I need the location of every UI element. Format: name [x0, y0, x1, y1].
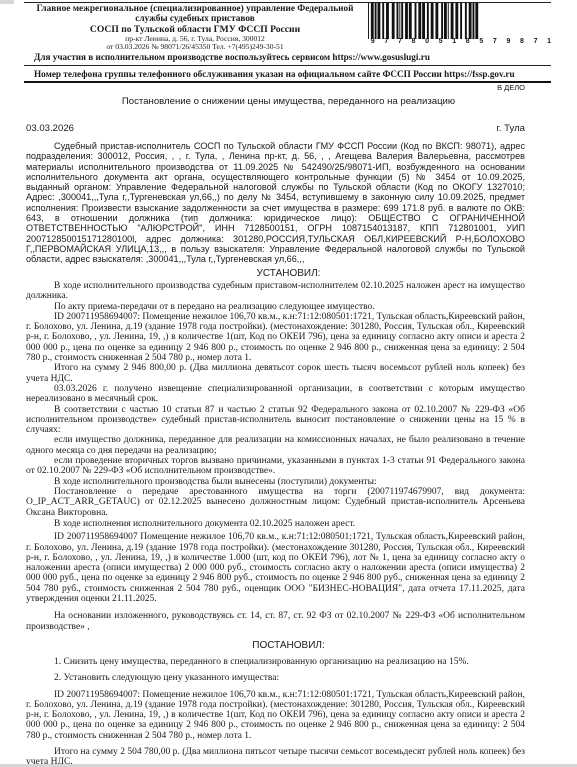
established-paragraph: Постановление о передаче арестованного и… — [26, 487, 525, 518]
header-organization: Главное межрегиональное (специализирован… — [30, 4, 360, 35]
established-paragraph: По акту приема-передачи от в передано на… — [26, 302, 525, 312]
established-heading: УСТАНОВИЛ: — [0, 268, 577, 279]
barcode-digit: 7 — [493, 38, 497, 45]
gosuslugi-notice: Для участия в исполнительном производств… — [34, 52, 430, 62]
document-title: Постановление о снижении цены имущества,… — [0, 96, 577, 107]
established-paragraph: Итого на сумму 2 946 800,00 р. (Два милл… — [26, 363, 525, 384]
arrest-section: В ходе исполнения исполнительного докуме… — [26, 519, 525, 632]
header-registration: от 03.03.2026 № 98071/26/45350 Тел. +7(4… — [30, 43, 360, 51]
barcode-digit: 9 — [371, 38, 375, 45]
resolved-item: 1. Снизить цену имущества, переданного в… — [26, 657, 525, 667]
barcode-digit: 0 — [425, 38, 429, 45]
file-mark: В ДЕЛО — [497, 83, 525, 92]
barcode-digit: 7 — [398, 38, 402, 45]
established-paragraph: В ходе исполнительного производства суде… — [26, 281, 525, 302]
arrest-paragraph: ID 200711958694007 Помещение нежилое 106… — [26, 532, 525, 604]
barcode-digit: 5 — [439, 38, 443, 45]
org-line-1: Главное межрегиональное (специализирован… — [30, 4, 360, 14]
document-date: 03.03.2026 — [26, 123, 74, 134]
page-corner — [0, 0, 14, 4]
established-section: В ходе исполнительного производства суде… — [26, 281, 525, 518]
established-paragraph: ID 200711958694007: Помещение нежилое 10… — [26, 312, 525, 363]
established-paragraph: В ходе исполнительного производства были… — [26, 477, 525, 487]
resolved-item: 2. Установить следующую цену указанного … — [26, 673, 525, 683]
barcode-digit: 8 — [466, 38, 470, 45]
intro-paragraph: Судебный пристав-исполнитель СОСП по Тул… — [26, 141, 525, 265]
barcode-digit: 1 — [547, 38, 551, 45]
established-paragraph: 03.03.2026 г. получено извещение специал… — [26, 384, 525, 405]
established-paragraph: если имущество должника, переданное для … — [26, 435, 525, 456]
header-divider — [24, 65, 551, 66]
header-bottom-rule — [24, 81, 551, 83]
resolved-property: ID 200711958694007: Помещение нежилое 10… — [26, 690, 525, 741]
resolved-heading: ПОСТАНОВИЛ: — [0, 641, 577, 651]
arrest-paragraph: В ходе исполнения исполнительного докуме… — [26, 519, 525, 529]
resolved-section: 1. Снизить цену имущества, переданного в… — [26, 657, 525, 767]
barcode-digits: 97780518579871 — [366, 38, 556, 45]
established-paragraph: если проведение вторичных торгов вызвано… — [26, 456, 525, 477]
document-city: г. Тула — [497, 123, 526, 134]
barcode-icon — [366, 3, 556, 39]
barcode-digit: 5 — [479, 38, 483, 45]
established-paragraph: В соответствии с частью 10 статьи 87 и ч… — [26, 405, 525, 436]
barcode-digit: 8 — [412, 38, 416, 45]
arrest-paragraph: На основании изложенного, руководствуясь… — [26, 611, 525, 632]
barcode-digit: 7 — [534, 38, 538, 45]
document-page: Главное межрегиональное (специализирован… — [0, 0, 577, 767]
barcode-digit: 8 — [520, 38, 524, 45]
barcode-digit: 9 — [506, 38, 510, 45]
barcode-digit: 7 — [384, 38, 388, 45]
phone-notice: Номер телефона группы телефонного обслуж… — [34, 69, 515, 79]
barcode-digit: 1 — [452, 38, 456, 45]
intro-text: Судебный пристав-исполнитель СОСП по Тул… — [26, 141, 525, 265]
